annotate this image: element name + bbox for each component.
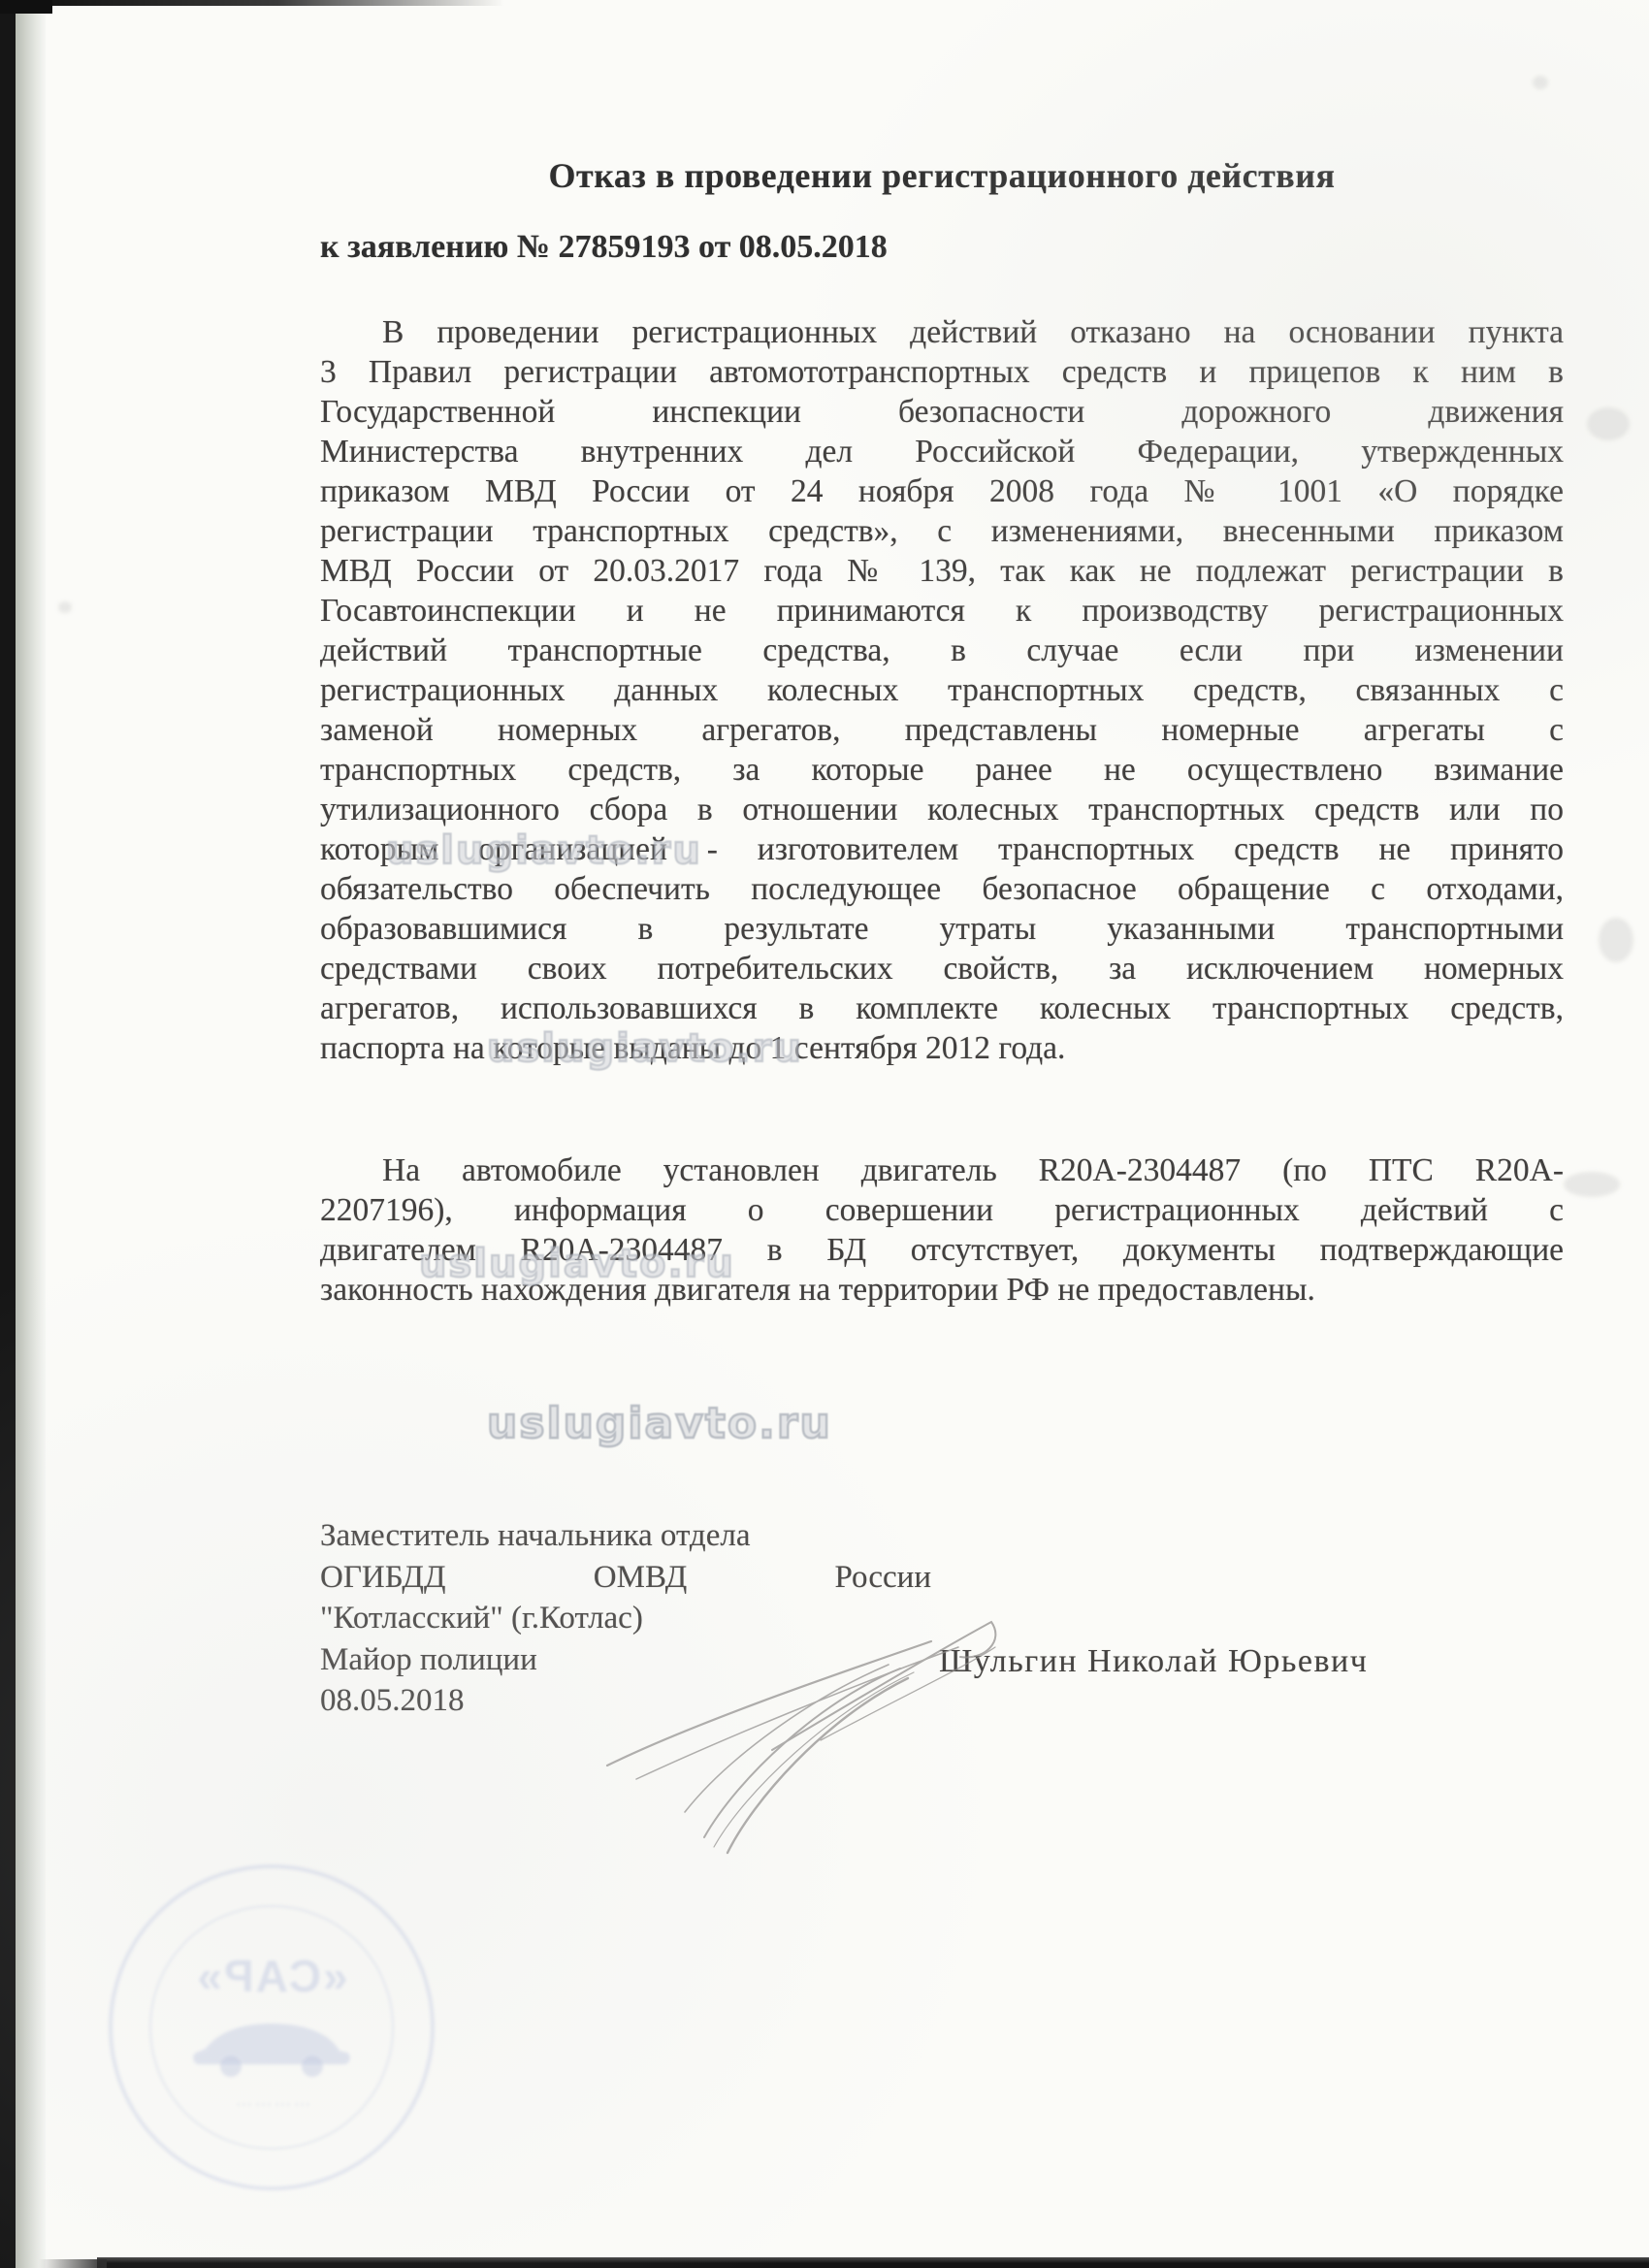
text-line: законность нахождения двигателя на терри… [320, 1270, 1564, 1310]
text-line: На автомобиле установлен двигатель R20A-… [320, 1150, 1564, 1190]
document-subtitle: к заявлению № 27859193 от 08.05.2018 [320, 229, 1564, 266]
text-line: приказом МВД России от 24 ноября 2008 го… [320, 471, 1564, 511]
handwritten-signature [580, 1593, 997, 1855]
text-line: регистрационных данных колесных транспор… [320, 670, 1564, 710]
scan-edge-top [0, 0, 504, 6]
text-line: Государственной инспекции безопасности д… [320, 392, 1564, 432]
signer-name: Шульгин Николай Юрьевич [939, 1643, 1368, 1680]
signer-organization: ОГИБДД ОМВД России [320, 1557, 931, 1599]
scan-speck [1587, 407, 1630, 440]
scan-edge-left-shadow [16, 0, 46, 2268]
text-line: заменой номерных агрегатов, представлены… [320, 710, 1564, 750]
text-line: транспортных средств, за которые ранее н… [320, 750, 1564, 790]
text-line: Министерства внутренних дел Российской Ф… [320, 432, 1564, 471]
paragraph-engine-details: На автомобиле установлен двигатель R20A-… [320, 1150, 1564, 1310]
scan-edge-bottom-fade [39, 2259, 107, 2268]
scan-speck [1533, 76, 1548, 89]
text-line: МВД России от 20.03.2017 года № 139, так… [320, 551, 1564, 591]
text-line: паспорта на которые выданы до 1 сентября… [320, 1028, 1564, 1068]
text-line: действий транспортные средства, в случае… [320, 631, 1564, 670]
org-word: ОМВД [594, 1557, 687, 1599]
text-line: В проведении регистрационных действий от… [320, 312, 1564, 352]
text-line: 2207196), информация о совершении регист… [320, 1190, 1564, 1230]
text-line: Госавтоинспекции и не принимаются к прои… [320, 591, 1564, 631]
document-title: Отказ в проведении регистрационного дейс… [320, 155, 1564, 196]
paragraph-legal-basis: В проведении регистрационных действий от… [320, 312, 1564, 1068]
text-line: образовавшимися в результате утраты указ… [320, 909, 1564, 949]
scan-edge-bottom [97, 2257, 1649, 2268]
text-line: обязательство обеспечить последующее без… [320, 869, 1564, 909]
bleedthrough-stamp: «САР» ⋯⋯⋯⋯ [109, 1864, 435, 2190]
stamp-arc-text: ⋯⋯⋯⋯ [109, 2095, 435, 2115]
text-line: которым организацией - изготовителем тра… [320, 829, 1564, 869]
org-word: России [835, 1557, 931, 1599]
scan-edge-left [0, 0, 16, 2268]
text-line: утилизационного сбора в отношении колесн… [320, 790, 1564, 829]
text-line: двигателем R20A-2304487 в БД отсутствует… [320, 1230, 1564, 1270]
scan-corner-top-left [0, 0, 52, 14]
scan-speck [58, 601, 72, 613]
text-line: 3 Правил регистрации автомототранспортны… [320, 352, 1564, 392]
text-line: средствами своих потребительских свойств… [320, 949, 1564, 988]
watermark-uslugiavto: uslugiavto.ru [487, 1399, 832, 1448]
scan-speck [1564, 1172, 1620, 1197]
stamp-center-text: «САР» [109, 1950, 435, 2002]
scanned-document-page: Отказ в проведении регистрационного дейс… [0, 0, 1649, 2268]
text-line: регистрации транспортных средств», с изм… [320, 511, 1564, 551]
org-word: ОГИБДД [320, 1557, 445, 1599]
stamp-car-icon [184, 2010, 359, 2078]
scan-speck [1599, 918, 1633, 962]
signer-position: Заместитель начальника отдела [320, 1515, 931, 1557]
text-line: агрегатов, использовавшихся в комплекте … [320, 988, 1564, 1028]
